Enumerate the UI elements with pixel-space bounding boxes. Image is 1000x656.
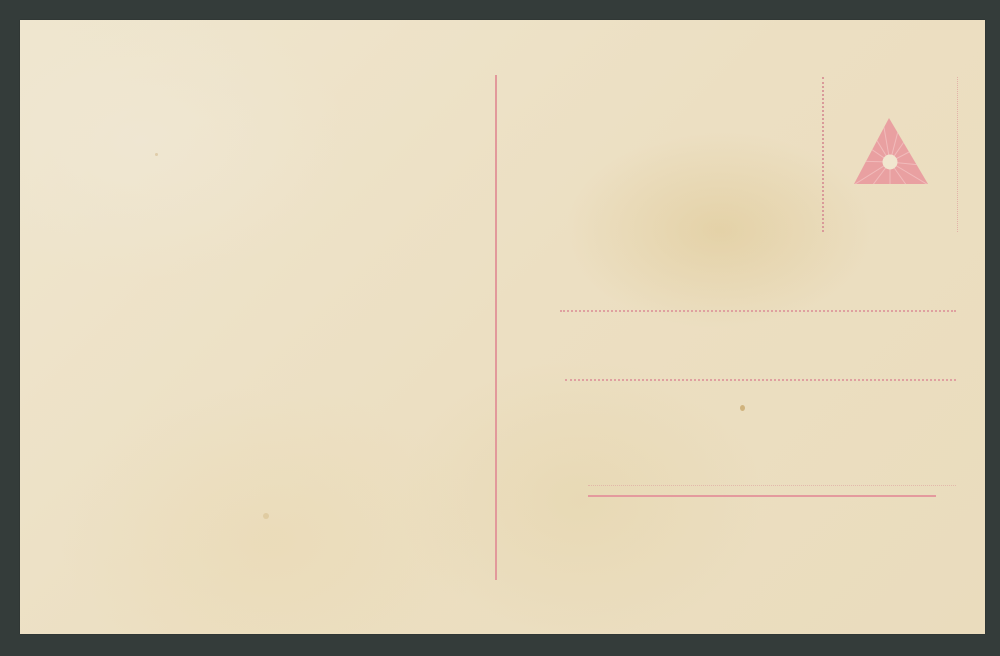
address-line-3-dotted <box>588 485 956 486</box>
triangle-sunburst-icon <box>852 116 930 186</box>
center-divider-line <box>495 75 497 580</box>
paper-stain <box>740 405 745 411</box>
address-line-1 <box>560 310 956 312</box>
address-line-2 <box>565 379 956 381</box>
stamp-box-left-border <box>822 77 824 232</box>
paper-stain <box>155 153 158 156</box>
address-line-3-solid <box>588 495 936 497</box>
paper-stain <box>263 513 269 519</box>
postcard-back <box>20 20 985 634</box>
stamp-box-right-border <box>957 77 958 232</box>
